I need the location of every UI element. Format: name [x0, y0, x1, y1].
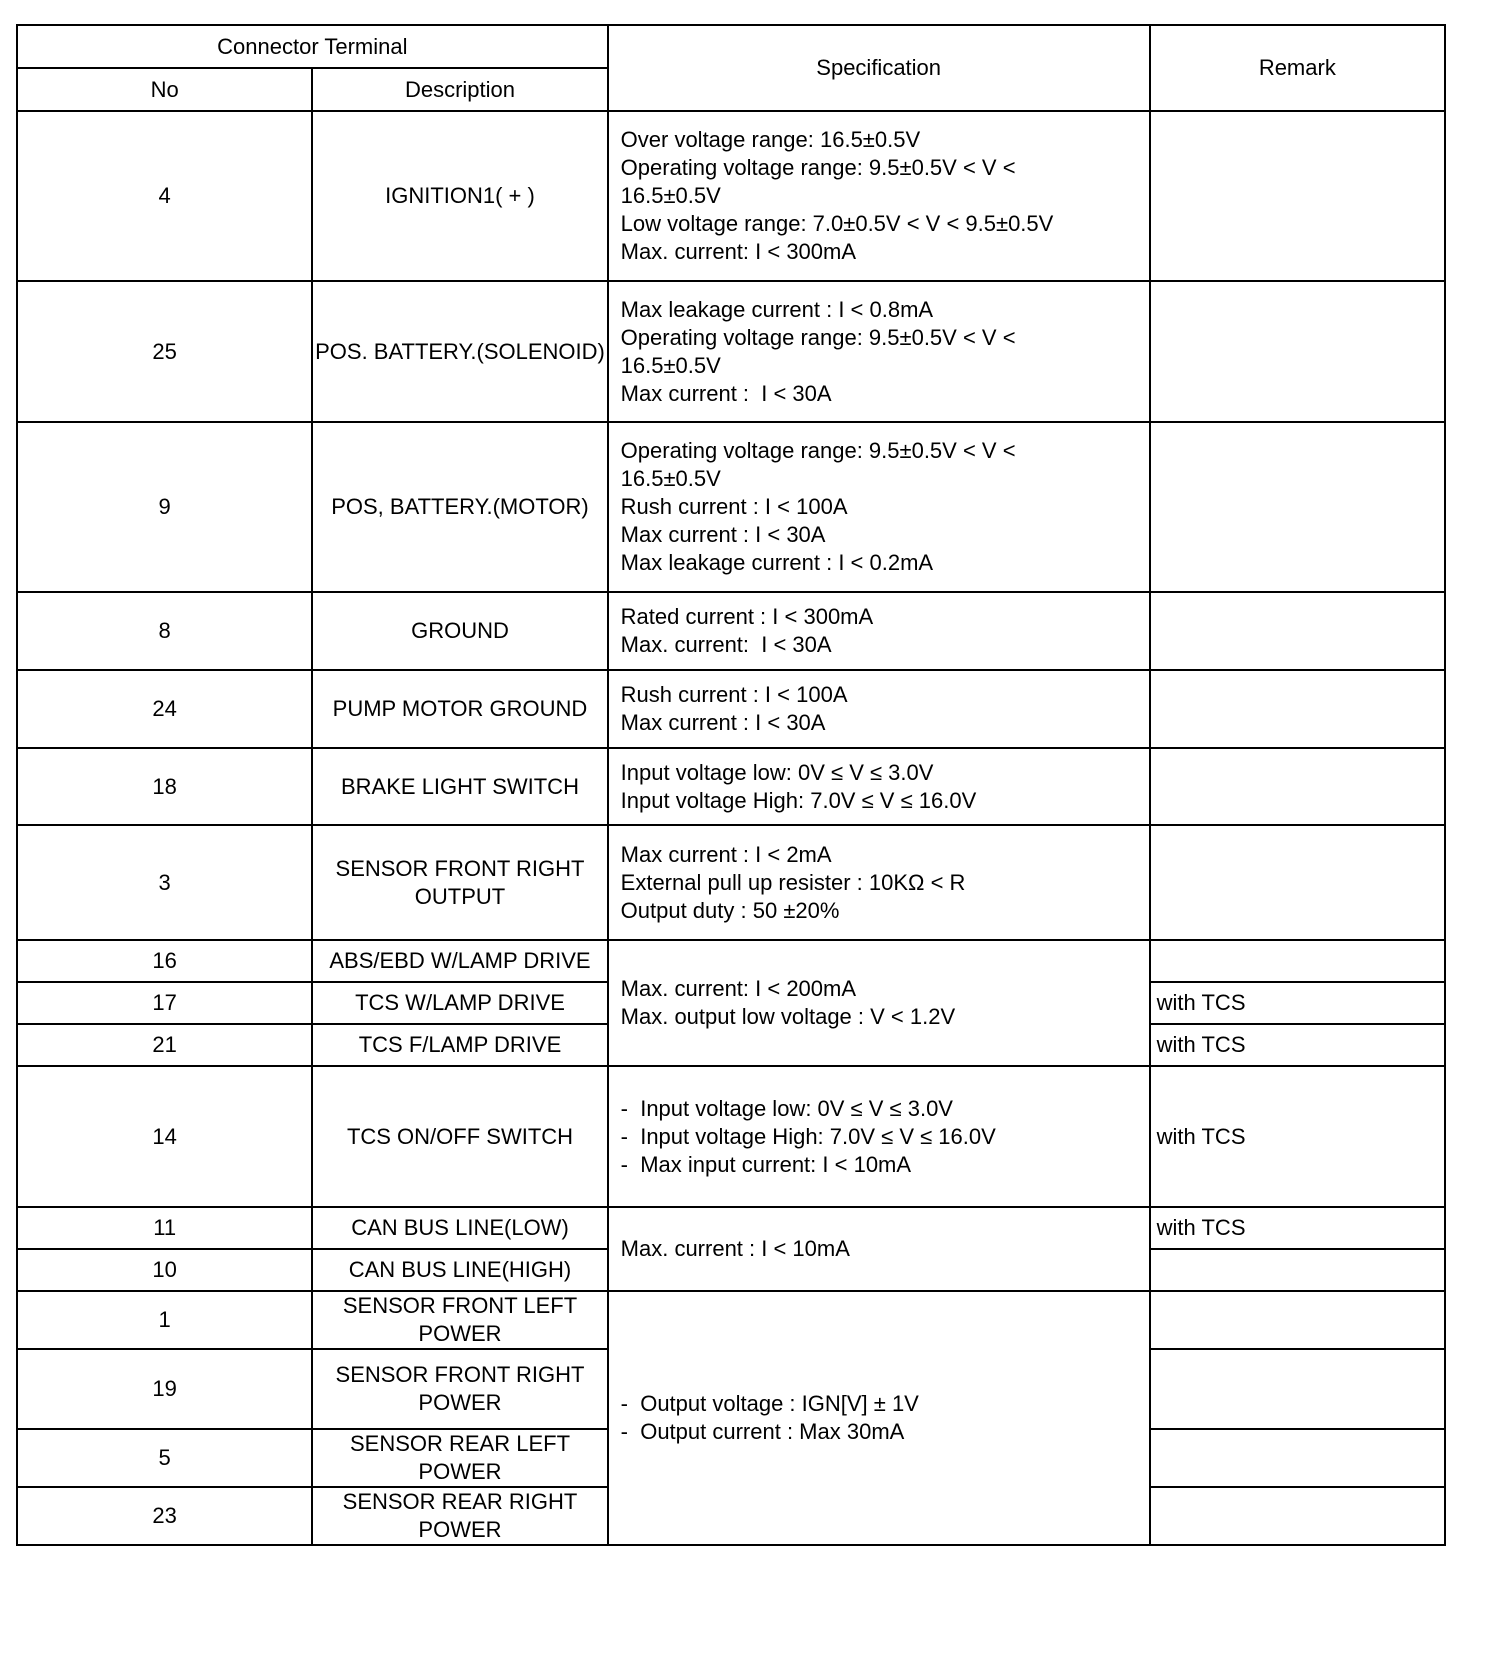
table-row: 16ABS/EBD W/LAMP DRIVEMax. current: I < … [17, 940, 1445, 982]
specification-line: Max current : I < 2mA [621, 841, 1149, 869]
terminal-description: GROUND [312, 592, 607, 670]
terminal-description: TCS ON/OFF SWITCH [312, 1066, 607, 1207]
specification-line: Max current : I < 30A [621, 521, 1149, 549]
remark-cell: with TCS [1150, 1024, 1445, 1066]
table-row: 24PUMP MOTOR GROUNDRush current : I < 10… [17, 670, 1445, 748]
terminal-no: 19 [17, 1349, 312, 1429]
remark-cell [1150, 940, 1445, 982]
description-line: GROUND [313, 617, 606, 645]
terminal-description: IGNITION1( + ) [312, 111, 607, 281]
table-row: 1SENSOR FRONT LEFT POWER- Output voltage… [17, 1291, 1445, 1349]
description-line: CAN BUS LINE(LOW) [313, 1214, 606, 1242]
specification-line: - Output voltage : IGN[V] ± 1V [621, 1390, 1149, 1418]
specification-cell: Rated current : I < 300mAMax. current: I… [608, 592, 1150, 670]
specification-cell: Operating voltage range: 9.5±0.5V < V <1… [608, 422, 1150, 592]
specification-cell: Max leakage current : I < 0.8mAOperating… [608, 281, 1150, 422]
terminal-description: CAN BUS LINE(LOW) [312, 1207, 607, 1249]
remark-cell: with TCS [1150, 982, 1445, 1024]
terminal-no: 21 [17, 1024, 312, 1066]
terminal-no: 9 [17, 422, 312, 592]
remark-cell [1150, 281, 1445, 422]
terminal-description: TCS F/LAMP DRIVE [312, 1024, 607, 1066]
remark-cell [1150, 748, 1445, 825]
description-line: SENSOR REAR RIGHT POWER [313, 1488, 606, 1544]
description-line: POS, BATTERY.(MOTOR) [313, 493, 606, 521]
table-row: 4IGNITION1( + )Over voltage range: 16.5±… [17, 111, 1445, 281]
specification-line: Operating voltage range: 9.5±0.5V < V < [621, 154, 1149, 182]
terminal-no: 11 [17, 1207, 312, 1249]
connector-terminal-spec-table: Connector Terminal Specification Remark … [16, 24, 1446, 1546]
remark-cell [1150, 1291, 1445, 1349]
terminal-no: 25 [17, 281, 312, 422]
description-line: TCS F/LAMP DRIVE [313, 1031, 606, 1059]
description-line: TCS ON/OFF SWITCH [313, 1123, 606, 1151]
specification-line: External pull up resister : 10KΩ < R [621, 869, 1149, 897]
description-line: SENSOR FRONT LEFT POWER [313, 1292, 606, 1348]
terminal-no: 4 [17, 111, 312, 281]
description-line: BRAKE LIGHT SWITCH [313, 773, 606, 801]
description-header: Description [312, 68, 607, 111]
description-line: SENSOR FRONT RIGHT [313, 855, 606, 883]
remark-cell [1150, 1349, 1445, 1429]
terminal-no: 3 [17, 825, 312, 940]
specification-cell: Max current : I < 2mAExternal pull up re… [608, 825, 1150, 940]
specification-line: - Input voltage High: 7.0V ≤ V ≤ 16.0V [621, 1123, 1149, 1151]
specification-line: Max current : I < 30A [621, 709, 1149, 737]
terminal-description: ABS/EBD W/LAMP DRIVE [312, 940, 607, 982]
terminal-no: 23 [17, 1487, 312, 1545]
description-line: IGNITION1( + ) [313, 182, 606, 210]
terminal-no: 14 [17, 1066, 312, 1207]
description-line: PUMP MOTOR GROUND [313, 695, 606, 723]
specification-cell: - Output voltage : IGN[V] ± 1V- Output c… [608, 1291, 1150, 1545]
specification-line: Low voltage range: 7.0±0.5V < V < 9.5±0.… [621, 210, 1149, 238]
description-line: POS. BATTERY.(SOLENOID) [313, 338, 606, 366]
connector-terminal-header: Connector Terminal [17, 25, 608, 68]
specification-line: Max. output low voltage : V < 1.2V [621, 1003, 1149, 1031]
specification-header: Specification [608, 25, 1150, 111]
terminal-description: SENSOR FRONT RIGHTPOWER [312, 1349, 607, 1429]
table-row: 3SENSOR FRONT RIGHTOUTPUTMax current : I… [17, 825, 1445, 940]
remark-cell [1150, 1249, 1445, 1291]
terminal-description: SENSOR FRONT LEFT POWER [312, 1291, 607, 1349]
terminal-description: POS, BATTERY.(MOTOR) [312, 422, 607, 592]
table-row: 11CAN BUS LINE(LOW)Max. current : I < 10… [17, 1207, 1445, 1249]
remark-cell [1150, 422, 1445, 592]
specification-line: Rush current : I < 100A [621, 493, 1149, 521]
terminal-no: 24 [17, 670, 312, 748]
remark-cell [1150, 1429, 1445, 1487]
terminal-no: 16 [17, 940, 312, 982]
specification-line: Operating voltage range: 9.5±0.5V < V < [621, 437, 1149, 465]
table-row: 25POS. BATTERY.(SOLENOID)Max leakage cur… [17, 281, 1445, 422]
terminal-description: SENSOR FRONT RIGHTOUTPUT [312, 825, 607, 940]
specification-line: Operating voltage range: 9.5±0.5V < V < [621, 324, 1149, 352]
remark-cell: with TCS [1150, 1207, 1445, 1249]
remark-cell [1150, 111, 1445, 281]
remark-header: Remark [1150, 25, 1445, 111]
table-row: 18BRAKE LIGHT SWITCHInput voltage low: 0… [17, 748, 1445, 825]
specification-cell: - Input voltage low: 0V ≤ V ≤ 3.0V- Inpu… [608, 1066, 1150, 1207]
specification-line: Output duty : 50 ±20% [621, 897, 1149, 925]
terminal-description: SENSOR REAR RIGHT POWER [312, 1487, 607, 1545]
description-line: SENSOR FRONT RIGHT [313, 1361, 606, 1389]
specification-line: 16.5±0.5V [621, 352, 1149, 380]
remark-cell [1150, 825, 1445, 940]
specification-cell: Rush current : I < 100AMax current : I <… [608, 670, 1150, 748]
specification-line: Max. current: I < 30A [621, 631, 1149, 659]
terminal-description: CAN BUS LINE(HIGH) [312, 1249, 607, 1291]
specification-line: - Input voltage low: 0V ≤ V ≤ 3.0V [621, 1095, 1149, 1123]
specification-cell: Over voltage range: 16.5±0.5VOperating v… [608, 111, 1150, 281]
table-row: 9POS, BATTERY.(MOTOR)Operating voltage r… [17, 422, 1445, 592]
specification-line: Rush current : I < 100A [621, 681, 1149, 709]
specification-line: Input voltage low: 0V ≤ V ≤ 3.0V [621, 759, 1149, 787]
specification-line: Input voltage High: 7.0V ≤ V ≤ 16.0V [621, 787, 1149, 815]
specification-line: Over voltage range: 16.5±0.5V [621, 126, 1149, 154]
terminal-no: 18 [17, 748, 312, 825]
terminal-no: 1 [17, 1291, 312, 1349]
specification-cell: Input voltage low: 0V ≤ V ≤ 3.0VInput vo… [608, 748, 1150, 825]
specification-line: Max. current : I < 10mA [621, 1235, 1149, 1263]
remark-cell: with TCS [1150, 1066, 1445, 1207]
specification-line: 16.5±0.5V [621, 182, 1149, 210]
table-row: 8GROUNDRated current : I < 300mAMax. cur… [17, 592, 1445, 670]
description-line: CAN BUS LINE(HIGH) [313, 1256, 606, 1284]
description-line: OUTPUT [313, 883, 606, 911]
terminal-no: 10 [17, 1249, 312, 1291]
specification-cell: Max. current : I < 10mA [608, 1207, 1150, 1291]
terminal-no: 17 [17, 982, 312, 1024]
remark-cell [1150, 1487, 1445, 1545]
specification-line: Max. current: I < 200mA [621, 975, 1149, 1003]
description-line: SENSOR REAR LEFT POWER [313, 1430, 606, 1486]
specification-line: Max leakage current : I < 0.2mA [621, 549, 1149, 577]
description-line: TCS W/LAMP DRIVE [313, 989, 606, 1017]
terminal-description: POS. BATTERY.(SOLENOID) [312, 281, 607, 422]
terminal-description: SENSOR REAR LEFT POWER [312, 1429, 607, 1487]
terminal-no: 5 [17, 1429, 312, 1487]
description-line: ABS/EBD W/LAMP DRIVE [313, 947, 606, 975]
specification-line: Rated current : I < 300mA [621, 603, 1149, 631]
terminal-no: 8 [17, 592, 312, 670]
no-header: No [17, 68, 312, 111]
specification-line: Max. current: I < 300mA [621, 238, 1149, 266]
remark-cell [1150, 592, 1445, 670]
terminal-description: BRAKE LIGHT SWITCH [312, 748, 607, 825]
terminal-description: TCS W/LAMP DRIVE [312, 982, 607, 1024]
specification-cell: Max. current: I < 200mAMax. output low v… [608, 940, 1150, 1066]
terminal-description: PUMP MOTOR GROUND [312, 670, 607, 748]
specification-line: 16.5±0.5V [621, 465, 1149, 493]
specification-line: - Max input current: I < 10mA [621, 1151, 1149, 1179]
description-line: POWER [313, 1389, 606, 1417]
remark-cell [1150, 670, 1445, 748]
specification-line: Max leakage current : I < 0.8mA [621, 296, 1149, 324]
specification-line: - Output current : Max 30mA [621, 1418, 1149, 1446]
specification-line: Max current : I < 30A [621, 380, 1149, 408]
table-row: 14TCS ON/OFF SWITCH- Input voltage low: … [17, 1066, 1445, 1207]
